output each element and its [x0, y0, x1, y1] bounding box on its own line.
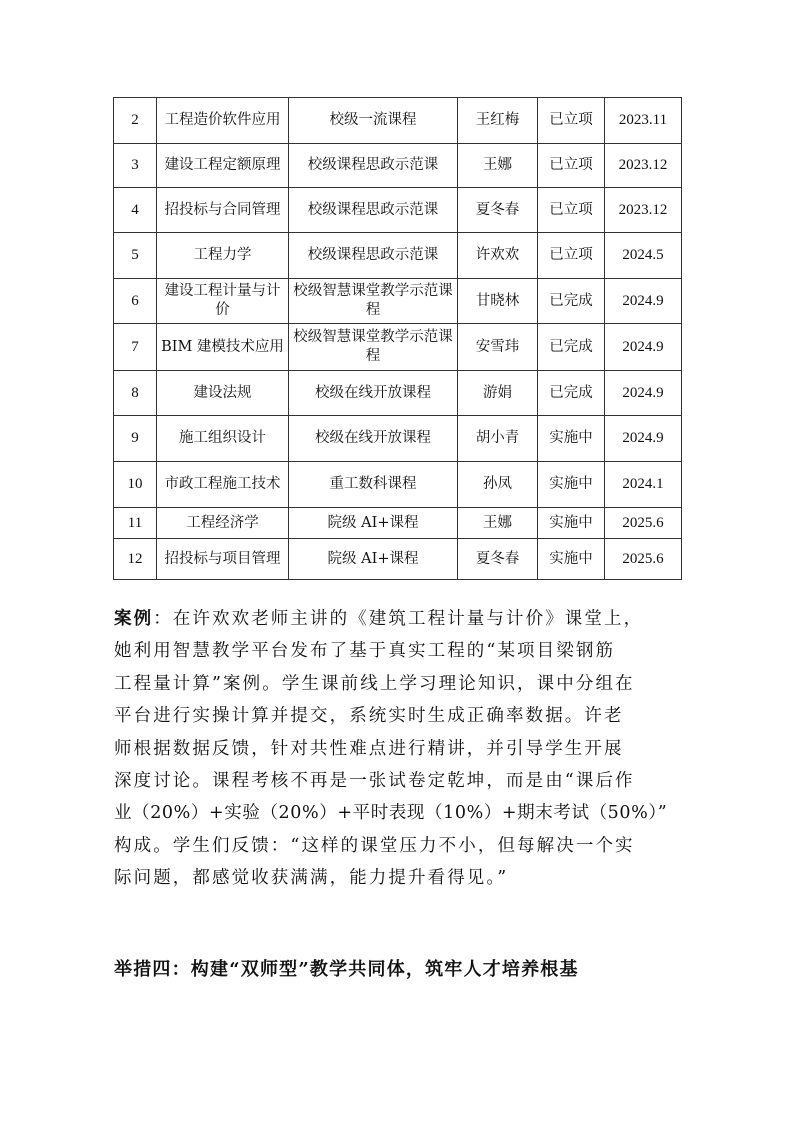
project-date: 2023.12: [605, 188, 682, 233]
table-row: 12招投标与项目管理院级 AI+课程夏冬春实施中2025.6: [114, 539, 682, 580]
course-name: 工程造价软件应用: [157, 98, 289, 144]
project-status: 已立项: [538, 188, 605, 233]
table-row: 5工程力学校级课程思政示范课许欢欢已立项2024.5: [114, 233, 682, 279]
section-heading: 举措四：构建“双师型”教学共同体，筑牢人才培养根基: [114, 955, 579, 981]
project-date: 2025.6: [605, 539, 682, 580]
table-row: 7BIM 建模技术应用校级智慧课堂教学示范课程安雪玮已完成2024.9: [114, 324, 682, 371]
project-status: 实施中: [538, 416, 605, 462]
row-number: 11: [114, 508, 157, 539]
case-paragraph: 案例：在许欢欢老师主讲的《建筑工程计量与计价》课堂上， 她利用智慧教学平台发布了…: [114, 603, 680, 895]
course-name: 建设法规: [157, 371, 289, 416]
table-row: 4招投标与合同管理校级课程思政示范课夏冬春已立项2023.12: [114, 188, 682, 233]
row-number: 6: [114, 279, 157, 324]
row-number: 10: [114, 462, 157, 508]
teacher-name: 许欢欢: [458, 233, 538, 279]
row-number: 8: [114, 371, 157, 416]
course-level: 校级在线开放课程: [289, 416, 458, 462]
project-status: 已立项: [538, 233, 605, 279]
project-status: 已立项: [538, 98, 605, 144]
course-level: 校级课程思政示范课: [289, 188, 458, 233]
table-row: 8建设法规校级在线开放课程游娟已完成2024.9: [114, 371, 682, 416]
table-row: 3建设工程定额原理校级课程思政示范课王娜已立项2023.12: [114, 144, 682, 188]
case-line: 案例：在许欢欢老师主讲的《建筑工程计量与计价》课堂上，: [114, 603, 680, 635]
course-table: 2工程造价软件应用校级一流课程王红梅已立项2023.113建设工程定额原理校级课…: [113, 97, 682, 580]
project-status: 实施中: [538, 462, 605, 508]
row-number: 2: [114, 98, 157, 144]
project-date: 2023.11: [605, 98, 682, 144]
table-row: 9施工组织设计校级在线开放课程胡小青实施中2024.9: [114, 416, 682, 462]
teacher-name: 夏冬春: [458, 188, 538, 233]
case-line: 师根据数据反馈，针对共性难点进行精讲，并引导学生开展: [114, 733, 680, 765]
course-level: 院级 AI+课程: [289, 508, 458, 539]
teacher-name: 胡小青: [458, 416, 538, 462]
course-level: 校级课程思政示范课: [289, 233, 458, 279]
teacher-name: 甘晓林: [458, 279, 538, 324]
row-number: 7: [114, 324, 157, 371]
project-date: 2023.12: [605, 144, 682, 188]
course-name: 招投标与项目管理: [157, 539, 289, 580]
project-date: 2024.9: [605, 279, 682, 324]
project-status: 实施中: [538, 508, 605, 539]
project-status: 已完成: [538, 371, 605, 416]
row-number: 4: [114, 188, 157, 233]
course-level: 重工数科课程: [289, 462, 458, 508]
table-row: 2工程造价软件应用校级一流课程王红梅已立项2023.11: [114, 98, 682, 144]
course-name: 市政工程施工技术: [157, 462, 289, 508]
project-date: 2024.9: [605, 324, 682, 371]
course-name: 工程力学: [157, 233, 289, 279]
teacher-name: 王红梅: [458, 98, 538, 144]
case-line: 构成。学生们反馈：“这样的课堂压力不小，但每解决一个实: [114, 830, 680, 862]
course-level: 院级 AI+课程: [289, 539, 458, 580]
project-date: 2024.9: [605, 416, 682, 462]
project-status: 已立项: [538, 144, 605, 188]
case-line: 深度讨论。课程考核不再是一张试卷定乾坤，而是由“课后作: [114, 765, 680, 797]
table-row: 11工程经济学院级 AI+课程王娜实施中2025.6: [114, 508, 682, 539]
project-status: 已完成: [538, 324, 605, 371]
project-date: 2024.5: [605, 233, 682, 279]
case-line: 平台进行实操计算并提交，系统实时生成正确率数据。许老: [114, 700, 680, 732]
course-level: 校级智慧课堂教学示范课程: [289, 324, 458, 371]
teacher-name: 孙凤: [458, 462, 538, 508]
table-row: 10市政工程施工技术重工数科课程孙凤实施中2024.1: [114, 462, 682, 508]
project-date: 2024.9: [605, 371, 682, 416]
course-level: 校级智慧课堂教学示范课程: [289, 279, 458, 324]
course-level: 校级课程思政示范课: [289, 144, 458, 188]
case-line: 工程量计算”案例。学生课前线上学习理论知识，课中分组在: [114, 668, 680, 700]
project-date: 2024.1: [605, 462, 682, 508]
course-name: BIM 建模技术应用: [157, 324, 289, 371]
case-label: 案例: [114, 609, 153, 629]
teacher-name: 安雪玮: [458, 324, 538, 371]
case-line: 业（20%）+实验（20%）+平时表现（10%）+期末考试（50%）”: [114, 797, 680, 829]
project-status: 已完成: [538, 279, 605, 324]
case-line: 际问题，都感觉收获满满，能力提升看得见。”: [114, 862, 680, 894]
project-status: 实施中: [538, 539, 605, 580]
course-name: 建设工程计量与计价: [157, 279, 289, 324]
teacher-name: 王娜: [458, 508, 538, 539]
row-number: 12: [114, 539, 157, 580]
row-number: 3: [114, 144, 157, 188]
case-line: 她利用智慧教学平台发布了基于真实工程的“某项目梁钢筋: [114, 635, 680, 667]
course-level: 校级一流课程: [289, 98, 458, 144]
course-level: 校级在线开放课程: [289, 371, 458, 416]
table-row: 6建设工程计量与计价校级智慧课堂教学示范课程甘晓林已完成2024.9: [114, 279, 682, 324]
project-date: 2025.6: [605, 508, 682, 539]
course-name: 招投标与合同管理: [157, 188, 289, 233]
row-number: 9: [114, 416, 157, 462]
course-name: 建设工程定额原理: [157, 144, 289, 188]
teacher-name: 夏冬春: [458, 539, 538, 580]
teacher-name: 游娟: [458, 371, 538, 416]
course-name: 工程经济学: [157, 508, 289, 539]
course-name: 施工组织设计: [157, 416, 289, 462]
teacher-name: 王娜: [458, 144, 538, 188]
row-number: 5: [114, 233, 157, 279]
